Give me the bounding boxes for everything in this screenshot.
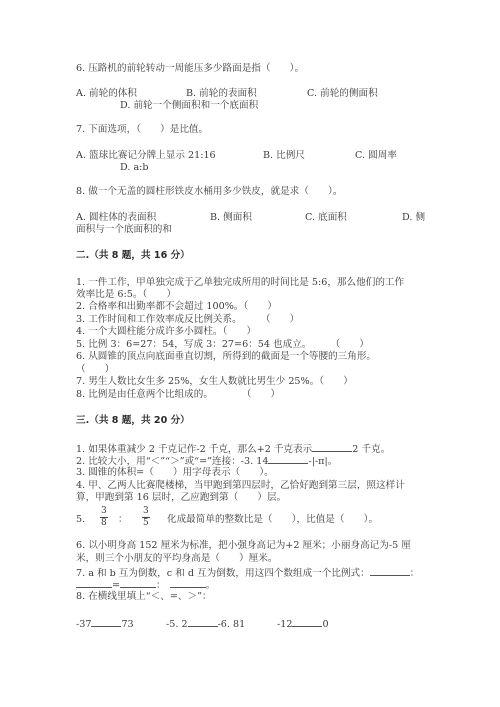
question-7: 7. 下面选项，（ ）是比值。 [76, 124, 208, 136]
s3-item-2: 2. 比较大小，用“＜”“＞”或“=”连接：-3. 14-|-π|。 [76, 454, 337, 468]
s2-item-1-cont: 效率比是 6:5。（ ） [76, 289, 176, 301]
s3-q2-post: -|-π|。 [308, 456, 337, 467]
s3-q1-post: 2 千克。 [352, 444, 390, 455]
question-8: 8. 做一个无盖的圆柱形铁皮水桶用多少铁皮，就是求（ ）。 [76, 186, 342, 198]
s2-item-1: 1. 一件工作，甲单独完成于乙单独完成所用的时间比是 5:6，那么他们的工作 [76, 277, 404, 289]
compare-item-3: -120 [277, 617, 329, 631]
s3-q5-label: 5. [76, 514, 85, 526]
s3-item-6-cont: 米，则三个小朋友的平均身高是（ ）厘米。 [76, 553, 277, 565]
compare-blank-1[interactable] [91, 617, 121, 627]
q8-option-d: D. 侧 [402, 212, 425, 224]
q8-option-b: B. 侧面积 [210, 212, 252, 224]
s2-item-4: 4. 一个大圆柱能分成许多小圆柱。（ ） [76, 326, 256, 338]
compare-blank-3[interactable] [292, 617, 322, 627]
s3-q7-blank-4[interactable] [170, 578, 206, 588]
s3-item-8: 8. 在横线里填上“＜、=、＞”： [76, 591, 212, 603]
s2-item-6-cont: （ ） [76, 364, 114, 376]
s2-item-5: 5. 比例 3：6=27：54，写成 3：27=6：54 也成立。 （ ） [76, 339, 369, 351]
compare-item-2: -5. 2-6. 81 [166, 617, 245, 631]
s3-q7-blank-2[interactable] [76, 578, 112, 588]
s3-item-7-cont: =：。 [76, 578, 215, 592]
compare-blank-2[interactable] [188, 617, 218, 627]
q8-option-d-wrap: 面积与一个底面积的和 [76, 224, 172, 236]
s3-q1-blank[interactable] [312, 442, 352, 452]
s2-item-2: 2. 合格率和出勤率都不会超过 100%。（ ） [76, 301, 277, 313]
q7-option-c: C. 圆周率 [355, 150, 397, 162]
s3-q7-blank-3[interactable] [120, 578, 156, 588]
s3-q7-blank-1[interactable] [370, 566, 410, 576]
s3-item-4: 4. 甲、乙两人比赛爬楼梯，当甲跑到第四层时，乙恰好跑到第三层，照这样计 [76, 480, 405, 492]
s2-item-3: 3. 工作时间和工作效率成反比例关系。 （ ） [76, 314, 299, 326]
q6-option-c: C. 前轮的侧面积 [307, 88, 378, 100]
q7-option-b: B. 比例尺 [263, 150, 305, 162]
q6-option-d: D. 前轮一个侧面积和一个底面积 [120, 100, 258, 112]
s2-item-7: 7. 男生人数比女生多 25%，女生人数就比男生少 25%。（ ） [76, 376, 353, 388]
compare-item-1: -3773 [76, 617, 134, 631]
section-3-title: 三.（共 8 题，共 20 分） [76, 415, 190, 427]
s3-item-6: 6. 以小明身高 152 厘米为标准，把小强身高记为+2 厘米；小丽身高记为-5… [76, 540, 411, 552]
s2-item-8: 8. 比例是由任意两个比组成的。 （ ） [76, 389, 280, 401]
s3-item-3: 3. 圆锥的体积=（ ）用字母表示（ ）。 [76, 467, 274, 479]
s3-item-4-cont: 算，甲跑到第 16 层时，乙应跑到第（ ）层。 [76, 492, 286, 504]
q8-option-c: C. 底面积 [305, 212, 347, 224]
s3-q5-text: 化成最简单的整数比是（ ），比值是（ ）。 [167, 514, 378, 526]
s3-q5-colon: ： [118, 514, 128, 526]
worksheet-page: 6. 压路机的前轮转动一周能压多少路面是指（ ）。 A. 前轮的体积 B. 前轮… [0, 0, 500, 707]
s3-q2-pre: 2. 比较大小，用“＜”“＞”或“=”连接：-3. 14 [76, 456, 268, 467]
section-2-title: 二.（共 8 题，共 16 分） [76, 250, 190, 262]
fraction-3-8: 3 8 [100, 506, 108, 529]
q8-option-a: A. 圆柱体的表面积 [76, 212, 156, 224]
fraction-3-5: 3 5 [142, 506, 150, 529]
s2-item-6: 6. 从圆锥的顶点向底面垂直切割，所得到的截面是一个等腰的三角形。 [76, 351, 376, 363]
q6-option-a: A. 前轮的体积 [76, 88, 137, 100]
q7-option-d: D. a:b [120, 162, 149, 174]
q7-option-a: A. 篮球比赛记分牌上显示 21:16 [76, 150, 216, 162]
q6-option-b: B. 前轮的表面积 [186, 88, 257, 100]
question-6: 6. 压路机的前轮转动一周能压多少路面是指（ ）。 [76, 63, 304, 75]
s3-q2-blank[interactable] [268, 454, 308, 464]
